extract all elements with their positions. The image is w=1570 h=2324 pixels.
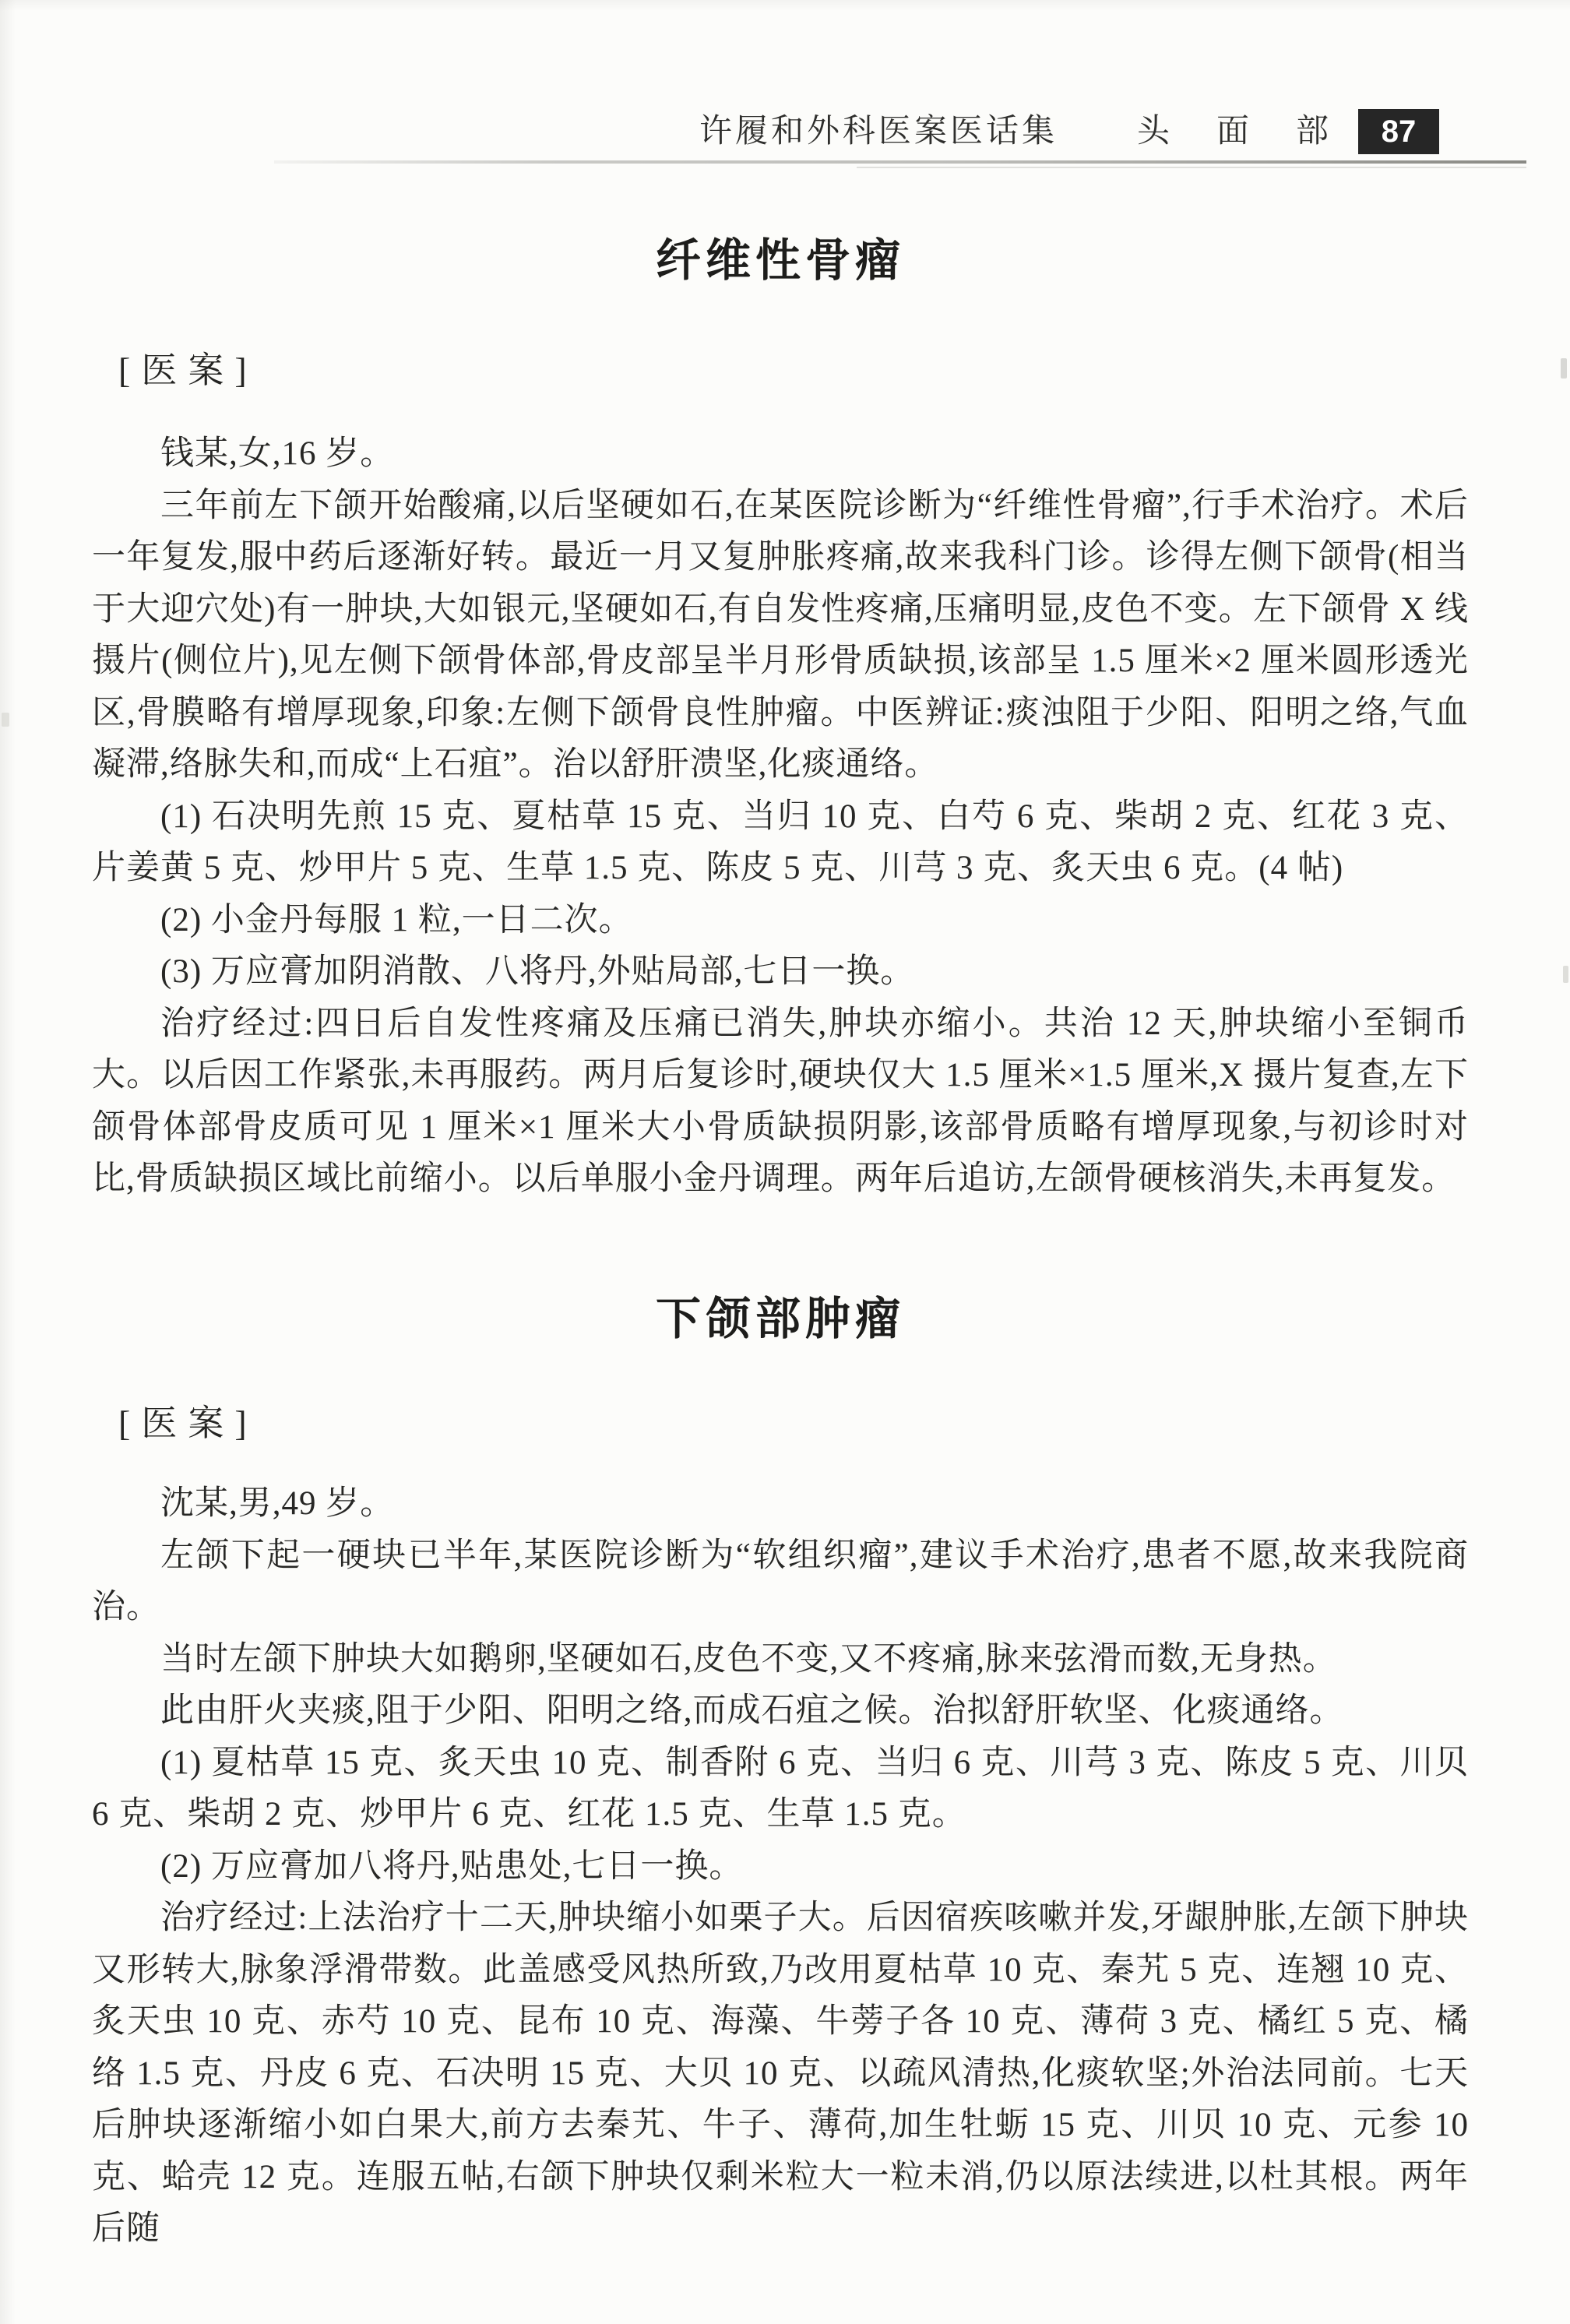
book-title: 许履和外科医案医话集 — [699, 109, 1058, 154]
paragraph-prescription-2: (2) 万应膏加八将丹,贴患处,七日一换。 — [92, 1841, 1469, 1893]
header-divider — [274, 160, 1526, 164]
paragraph-patient-info: 钱某,女,16 岁。 — [92, 428, 1469, 481]
paragraph-examination: 当时左颌下肿块大如鹅卵,坚硬如石,皮色不变,又不疼痛,脉来弦滑而数,无身热。 — [92, 1634, 1469, 1686]
paragraph-treatment-course: 治疗经过:四日后自发性疼痛及压痛已消失,肿块亦缩小。共治 12 天,肿块缩小至铜… — [92, 998, 1469, 1206]
page-number-badge: 87 — [1358, 109, 1439, 154]
running-head: 许履和外科医案医话集 头 面 部 87 — [699, 109, 1439, 154]
case-record-label: [医案] — [118, 347, 258, 394]
paragraph-prescription-1: (1) 夏枯草 15 克、炙天虫 10 克、制香附 6 克、当归 6 克、川芎 … — [92, 1738, 1469, 1841]
page-number: 87 — [1382, 109, 1417, 154]
case-record-label: [医案] — [118, 1400, 258, 1447]
paragraph-history: 左颌下起一硬块已半年,某医院诊断为“软组织瘤”,建议手术治疗,患者不愿,故来我院… — [92, 1530, 1469, 1634]
paragraph-prescription-3: (3) 万应膏加阴消散、八将丹,外贴局部,七日一换。 — [92, 946, 1469, 998]
paragraph-history: 三年前左下颌开始酸痛,以后坚硬如石,在某医院诊断为“纤维性骨瘤”,行手术治疗。术… — [92, 481, 1469, 791]
paragraph-prescription-1: (1) 石决明先煎 15 克、夏枯草 15 克、当归 10 克、白芍 6 克、柴… — [92, 791, 1469, 895]
section-char-face: 面 — [1216, 109, 1252, 154]
section-title-mandibular-tumor: 下颌部肿瘤 — [92, 1294, 1469, 1344]
scan-speck — [2, 713, 9, 727]
section-body: 钱某,女,16 岁。 三年前左下颌开始酸痛,以后坚硬如石,在某医院诊断为“纤维性… — [92, 428, 1469, 1206]
section-char-head: 头 — [1137, 109, 1173, 154]
scan-speck — [1563, 966, 1568, 983]
header-divider-secondary — [857, 167, 1526, 168]
book-page: 许履和外科医案医话集 头 面 部 87 纤维性骨瘤 [医案] 钱某,女,16 岁… — [0, 0, 1570, 2324]
scan-speck — [1561, 358, 1567, 379]
paragraph-prescription-2: (2) 小金丹每服 1 粒,一日二次。 — [92, 895, 1469, 947]
scan-edge-shadow — [0, 0, 1570, 11]
paragraph-diagnosis: 此由肝火夹痰,阻于少阳、阳明之络,而成石疽之候。治拟舒肝软坚、化痰通络。 — [92, 1685, 1469, 1738]
paragraph-treatment-course: 治疗经过:上法治疗十二天,肿块缩小如栗子大。后因宿疾咳嗽并发,牙龈肿胀,左颌下肿… — [92, 1893, 1469, 2255]
section-char-part: 部 — [1296, 109, 1332, 154]
paragraph-patient-info: 沈某,男,49 岁。 — [92, 1478, 1469, 1530]
scan-edge-shadow — [0, 0, 16, 2324]
section-title-fibrous-osteoma: 纤维性骨瘤 — [92, 236, 1469, 286]
section-body: 沈某,男,49 岁。 左颌下起一硬块已半年,某医院诊断为“软组织瘤”,建议手术治… — [92, 1478, 1469, 2255]
